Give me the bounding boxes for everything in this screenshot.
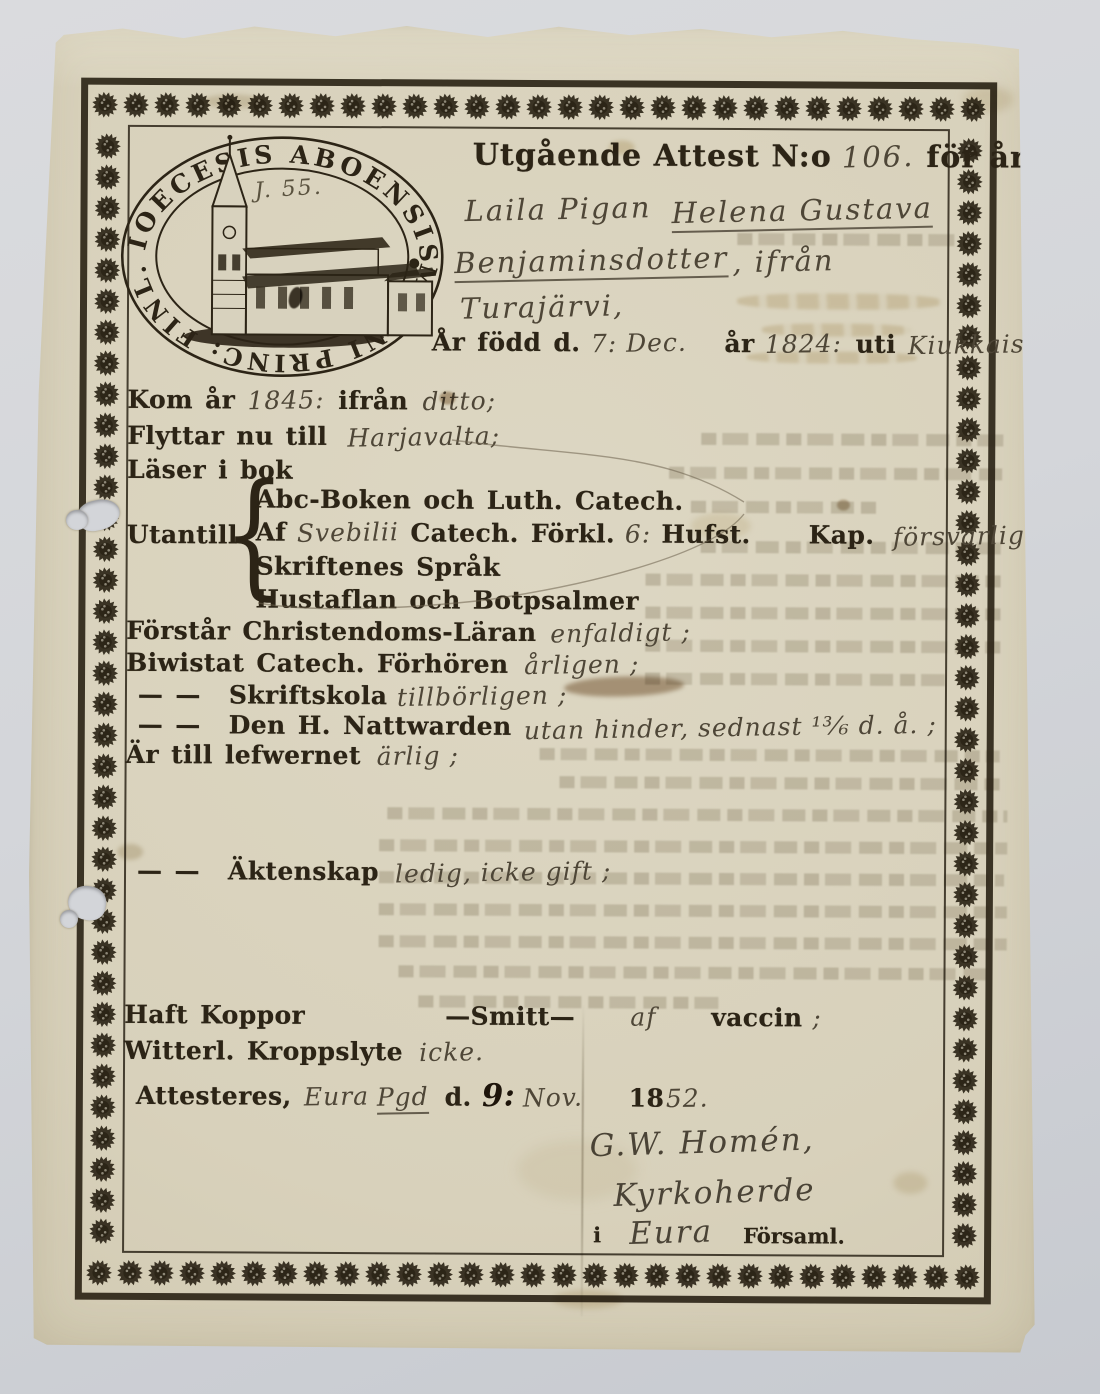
handwritten-text: försvarligen ; [892, 520, 1076, 552]
paper-stains [31, 21, 1045, 26]
moving-line: Flyttar nu tillHarjavalta; [127, 421, 500, 452]
stain [517, 1140, 637, 1201]
stain [203, 94, 263, 108]
handwritten-text: 7: Dec. [590, 328, 687, 359]
handwritten-text: icke. [419, 1037, 484, 1067]
deformity-line: Witterl. Kroppslyteicke. [124, 1036, 484, 1067]
utantill-item-2: AfSvebiliiCatech. Förkl.6:Hufst.Kap.förs… [256, 518, 1076, 551]
printed-text: Är till lefwernet [126, 740, 361, 770]
communion-line: — —Den H. Nattwardenutan hinder, sednast… [138, 710, 937, 743]
attestation-line: Attesteres,EuraPgdd.9:Nov.1852. [136, 1076, 709, 1116]
handwritten-text: tillbörligen ; [397, 680, 568, 712]
printed-text: Witterl. Kroppslyte [124, 1036, 403, 1066]
stain [691, 513, 751, 539]
handwritten-text: ditto; [422, 386, 496, 416]
signature-parish: iEuraFörsaml. [593, 1214, 845, 1251]
handwritten-text: 6: [625, 519, 652, 548]
handwritten-text: J. 55. [254, 175, 324, 204]
stain [963, 86, 1013, 112]
handwritten-text: Kiukkais; [908, 329, 1035, 360]
printed-text: Haft Koppor [124, 1000, 305, 1030]
printed-text: Äktenskap [228, 856, 379, 886]
title-line: Utgående Attest N:o106.för år 1852. [473, 138, 1100, 176]
stain [609, 140, 635, 154]
printed-text: Skriftskola [229, 680, 388, 710]
printed-text: År född d. [432, 327, 581, 357]
stain [117, 844, 143, 860]
printed-text: Skriftenes Språk [256, 552, 501, 582]
printed-text: Kom år [127, 385, 235, 415]
document-paper: DIOECESIS ABOENSIS. MAGNI PRINC: FINL. [25, 21, 1046, 1356]
printed-text: Läser i bok [127, 455, 293, 485]
handwritten-text: 1845: [247, 385, 324, 415]
printed-text: Af [256, 518, 287, 547]
printed-text: Hustaflan och Botpsalmer [255, 585, 639, 616]
person-line-1: Laila PiganHelena Gustava [464, 192, 933, 231]
printed-text: d. [445, 1083, 472, 1112]
handwritten-text: af [630, 1002, 657, 1031]
photo-backdrop: DIOECESIS ABOENSIS. MAGNI PRINC: FINL. [0, 0, 1100, 1394]
printed-text: Församl. [743, 1223, 845, 1249]
printed-text: Abc-Boken och Luth. Catech. [256, 485, 684, 516]
printed-text: — — [138, 680, 201, 709]
printed-text: Kap. [809, 520, 875, 549]
conduct-line: Är till lefwernetärlig ; [126, 740, 460, 771]
handwritten-text: Svebilii [296, 517, 398, 548]
handwritten-text: 106. [841, 139, 914, 175]
stain [837, 500, 850, 511]
person-line-2: Benjaminsdotter, ifrån [454, 243, 835, 282]
handwritten-text: enfaldigt ; [550, 617, 691, 648]
utantill-item-1: Abc-Boken och Luth. Catech. [256, 485, 684, 516]
person-line-3: Turajärvi, [460, 290, 624, 325]
printed-text: Förstår Christendoms-Läran [126, 616, 536, 647]
printed-text: för år 18 [926, 140, 1082, 176]
printed-text: 18 [629, 1083, 665, 1112]
stain [439, 391, 455, 404]
marriage-line: — —Äktenskapledig, icke gift ; [137, 856, 611, 887]
smallpox-line: Haft Koppor—Smitt—afvaccin; [124, 1000, 822, 1033]
utantill-label: Utantill [127, 520, 238, 550]
handwritten-text: 52. [1086, 140, 1100, 175]
printed-text: Attesteres, [136, 1081, 292, 1111]
punch-hole-top-stem [66, 510, 88, 530]
handwritten-text: 52. [666, 1083, 709, 1113]
stain [553, 1290, 623, 1308]
confirmation-line: — —Skriftskolatillbörligen ; [138, 680, 568, 711]
handwritten-text: Kyrkoherde [613, 1172, 816, 1214]
stain [893, 1172, 927, 1194]
printed-text: Flyttar nu till [127, 421, 327, 451]
handwritten-text: ärlig ; [377, 741, 460, 771]
catechism-line: Biwistat Catech. Förhörenårligen ; [126, 648, 640, 680]
punch-hole-bottom-stem [60, 910, 78, 928]
handwritten-text: Laila Pigan [464, 190, 652, 228]
handwritten-text: ledig, icke gift ; [395, 856, 612, 888]
printed-text: i [593, 1222, 601, 1247]
handwritten-text: Turajärvi, [460, 288, 625, 325]
printed-text: — — [137, 856, 200, 885]
understands-line: Förstår Christendoms-Läranenfaldigt ; [126, 616, 691, 648]
handwritten-text: utan hinder, sednast ¹³⁄₆ d. å. ; [523, 710, 936, 745]
signature-title: Kyrkoherde [613, 1174, 815, 1211]
handwritten-text: ; [812, 1003, 822, 1032]
handwritten-text: 1824: [764, 329, 841, 359]
handwritten-text: Eura [303, 1081, 369, 1111]
handwritten-text: Benjaminsdotter [454, 240, 729, 283]
printed-text: ifrån [338, 386, 408, 415]
handwritten-text: Harjavalta; [347, 421, 500, 452]
printed-text: Biwistat Catech. Förhören [126, 648, 509, 679]
printed-text: år [724, 329, 754, 358]
born-line: År född d.7: Dec.år1824:utiKiukkais; [432, 327, 1035, 359]
printed-text: uti [856, 330, 897, 359]
handwritten-text: Eura [629, 1213, 714, 1251]
reads-line: Läser i bok [127, 455, 293, 485]
printed-text: — — [138, 710, 201, 739]
printed-text: Utgående Attest N:o [473, 138, 832, 175]
printed-text: vaccin [711, 1003, 802, 1032]
printed-text: Catech. Förkl. [410, 518, 615, 548]
utantill-item-3: Skriftenes Språk [256, 552, 501, 582]
handwritten-text: Pgd [377, 1082, 429, 1115]
verso-show-through [31, 21, 1045, 26]
handwritten-text: , ifrån [732, 243, 835, 279]
handwritten-text: Helena Gustava [671, 191, 933, 233]
printed-text: —Smitt— [445, 1002, 575, 1032]
utantill-item-4: Hustaflan och Botpsalmer [255, 585, 639, 616]
printed-text: Utantill [127, 520, 238, 550]
seal-annotation: J. 55. [255, 177, 323, 202]
handwritten-text: Nov. [522, 1083, 582, 1113]
handwritten-text: 9: [481, 1077, 515, 1114]
printed-text: Den H. Nattwarden [229, 710, 512, 740]
